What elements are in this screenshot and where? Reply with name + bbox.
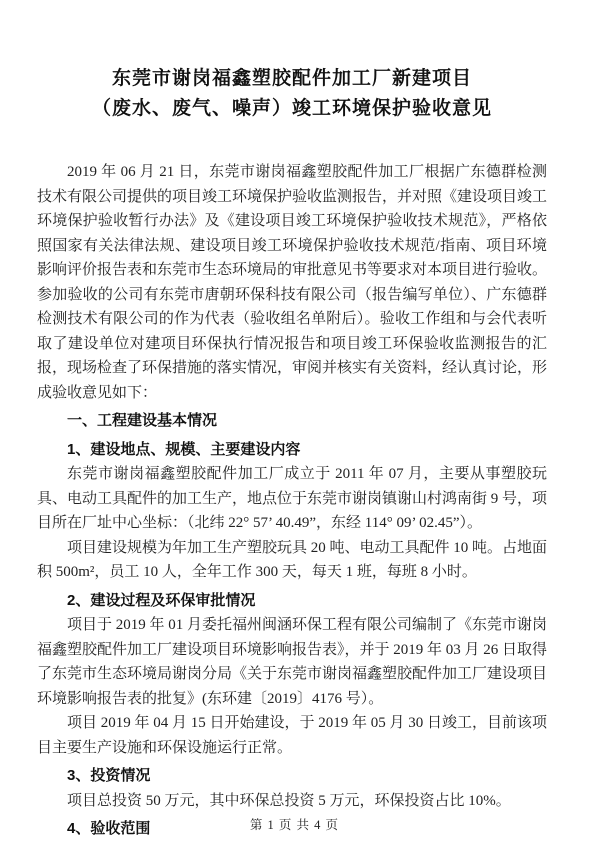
- subsection-1-3-heading: 3、投资情况: [37, 764, 547, 789]
- document-content: 东莞市谢岗福鑫塑胶配件加工厂新建项目 （废水、废气、噪声）竣工环境保护验收意见 …: [0, 0, 589, 842]
- eia-approval-paragraph: 项目于 2019 年 01 月委托福州闽涵环保工程有限公司编制了《东莞市谢岗福鑫…: [37, 613, 547, 711]
- section-1-heading: 一、工程建设基本情况: [37, 409, 547, 434]
- document-title-line-1: 东莞市谢岗福鑫塑胶配件加工厂新建项目: [37, 64, 547, 94]
- construction-schedule-paragraph: 项目 2019 年 04 月 15 日开始建设，于 2019 年 05 月 30…: [37, 711, 547, 760]
- location-scale-paragraph: 东莞市谢岗福鑫塑胶配件加工厂成立于 2011 年 07 月，主要从事塑胶玩具、电…: [37, 462, 547, 536]
- document-page: 东莞市谢岗福鑫塑胶配件加工厂新建项目 （废水、废气、噪声）竣工环境保护验收意见 …: [0, 0, 589, 846]
- intro-paragraph: 2019 年 06 月 21 日，东莞市谢岗福鑫塑胶配件加工厂根据广东德群检测技…: [37, 160, 547, 405]
- document-title-line-2: （废水、废气、噪声）竣工环境保护验收意见: [37, 94, 547, 124]
- production-scale-paragraph: 项目建设规模为年加工生产塑胶玩具 20 吨、电动工具配件 10 吨。占地面积 5…: [37, 536, 547, 585]
- document-title-block: 东莞市谢岗福鑫塑胶配件加工厂新建项目 （废水、废气、噪声）竣工环境保护验收意见: [37, 64, 547, 124]
- investment-paragraph: 项目总投资 50 万元，其中环保总投资 5 万元，环保投资占比 10%。: [37, 789, 547, 814]
- subsection-1-2-heading: 2、建设过程及环保审批情况: [37, 589, 547, 614]
- subsection-1-1-heading: 1、建设地点、规模、主要建设内容: [37, 438, 547, 463]
- page-number-footer: 第 1 页 共 4 页: [0, 818, 589, 833]
